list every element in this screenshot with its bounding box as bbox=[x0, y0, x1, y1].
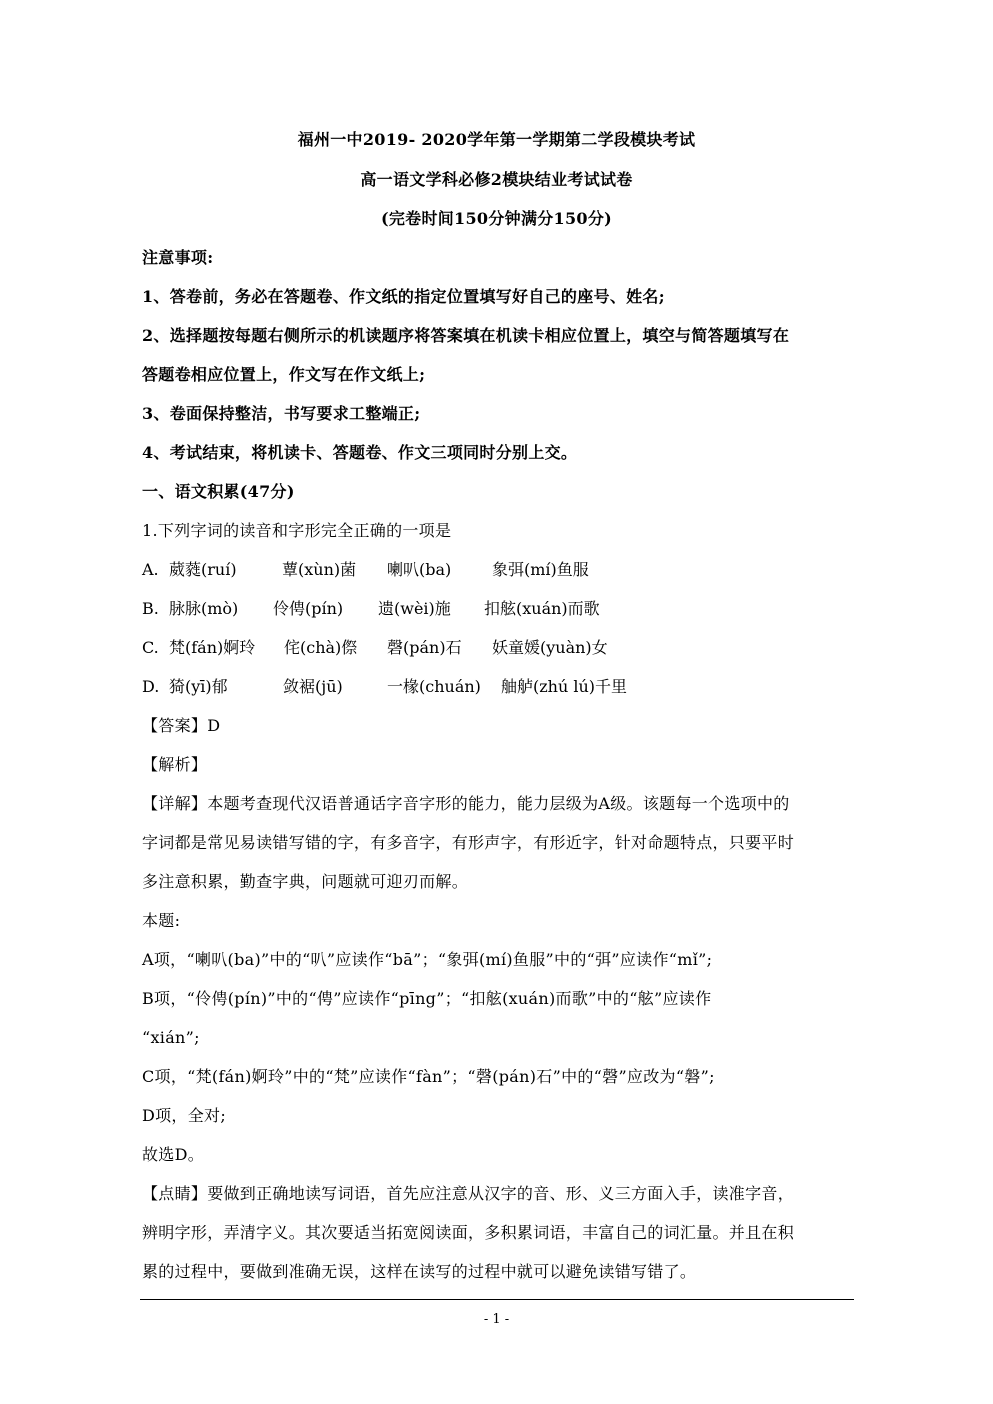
notice-item: 2、选择题按每题右侧所示的机读题序将答案填在机读卡相应位置上，填空与简答题填写在 bbox=[142, 326, 789, 346]
option-item: 敛裾(jū) bbox=[283, 677, 343, 697]
notice-item: 4、考试结束，将机读卡、答题卷、作文三项同时分别上交。 bbox=[142, 443, 577, 463]
tips-line: 累的过程中，要做到准确无误，这样在读写的过程中就可以避免读错写错了。 bbox=[142, 1262, 696, 1282]
explanation-line: 故选D。 bbox=[142, 1145, 204, 1165]
answer-line: 【答案】D bbox=[142, 716, 220, 736]
option-label: D. bbox=[142, 677, 159, 697]
option-item: 喇叭(ba) bbox=[387, 560, 451, 580]
option-item: 舳舻(zhú lú)千里 bbox=[501, 677, 627, 697]
detail-line: 字词都是常见易读错写错的字，有多音字，有形声字，有形近字，针对命题特点，只要平时 bbox=[142, 833, 794, 853]
option-item: 蕈(xùn)菌 bbox=[282, 560, 356, 580]
explanation-line: A项，“喇叭(ba)”中的“叭”应读作“bā”；“象弭(mí)鱼服”中的“弭”应… bbox=[142, 950, 712, 970]
analysis-label: 【解析】 bbox=[142, 755, 207, 775]
option-item: 伶俜(pín) bbox=[273, 599, 343, 619]
explanation-line: D项，全对; bbox=[142, 1106, 226, 1126]
notice-item: 1、答卷前，务必在答题卷、作文纸的指定位置填写好自己的座号、姓名; bbox=[142, 287, 665, 307]
option-item: 妖童媛(yuàn)女 bbox=[492, 638, 608, 658]
option-item: 梵(fán)婀玲 bbox=[169, 638, 255, 658]
notice-item: 答题卷相应位置上，作文写在作文纸上; bbox=[142, 365, 425, 385]
exam-subtitle: 高一语文学科必修2模块结业考试试卷 bbox=[0, 170, 993, 190]
explanation-line: B项，“伶俜(pín)”中的“俜”应读作“pīng”；“扣舷(xuán)而歌”中… bbox=[142, 989, 711, 1009]
option-item: 一椽(chuán) bbox=[387, 677, 481, 697]
exam-time-info: (完卷时间150分钟满分150分) bbox=[0, 209, 993, 229]
detail-line: 【详解】本题考查现代汉语普通话字音字形的能力，能力层级为A级。该题每一个选项中的 bbox=[142, 794, 790, 814]
this-question-label: 本题: bbox=[142, 911, 180, 931]
option-item: 葳蕤(ruí) bbox=[169, 560, 237, 580]
option-item: 象弭(mí)鱼服 bbox=[492, 560, 589, 580]
option-item: 脉脉(mò) bbox=[169, 599, 238, 619]
option-label: C. bbox=[142, 638, 159, 658]
document-page: 福州一中2019- 2020学年第一学期第二学段模块考试 高一语文学科必修2模块… bbox=[0, 0, 993, 1404]
notice-item: 3、卷面保持整洁，书写要求工整端正; bbox=[142, 404, 420, 424]
option-label: A. bbox=[142, 560, 159, 580]
explanation-line: C项，“梵(fán)婀玲”中的“梵”应读作“fàn”；“磬(pán)石”中的“磬… bbox=[142, 1067, 715, 1087]
section-heading: 一、语文积累(47分) bbox=[142, 482, 295, 502]
notice-heading: 注意事项: bbox=[142, 248, 213, 268]
page-number: - 1 - bbox=[0, 1312, 993, 1327]
detail-line: 多注意积累，勤查字典，问题就可迎刃而解。 bbox=[142, 872, 468, 892]
option-item: 遗(wèi)施 bbox=[378, 599, 451, 619]
footer-divider bbox=[140, 1299, 854, 1300]
question-stem: 1.下列字词的读音和字形完全正确的一项是 bbox=[142, 521, 451, 541]
tips-line: 【点睛】要做到正确地读写词语，首先应注意从汉字的音、形、义三方面入手，读准字音， bbox=[142, 1184, 794, 1204]
explanation-line: “xián”; bbox=[142, 1028, 200, 1048]
option-item: 侘(chà)傺 bbox=[284, 638, 357, 658]
option-label: B. bbox=[142, 599, 159, 619]
tips-line: 辨明字形，弄清字义。其次要适当拓宽阅读面，多积累词语，丰富自己的词汇量。并且在积 bbox=[142, 1223, 794, 1243]
exam-title: 福州一中2019- 2020学年第一学期第二学段模块考试 bbox=[0, 130, 993, 150]
option-item: 猗(yī)郁 bbox=[169, 677, 228, 697]
option-item: 磬(pán)石 bbox=[387, 638, 462, 658]
option-item: 扣舷(xuán)而歌 bbox=[484, 599, 600, 619]
